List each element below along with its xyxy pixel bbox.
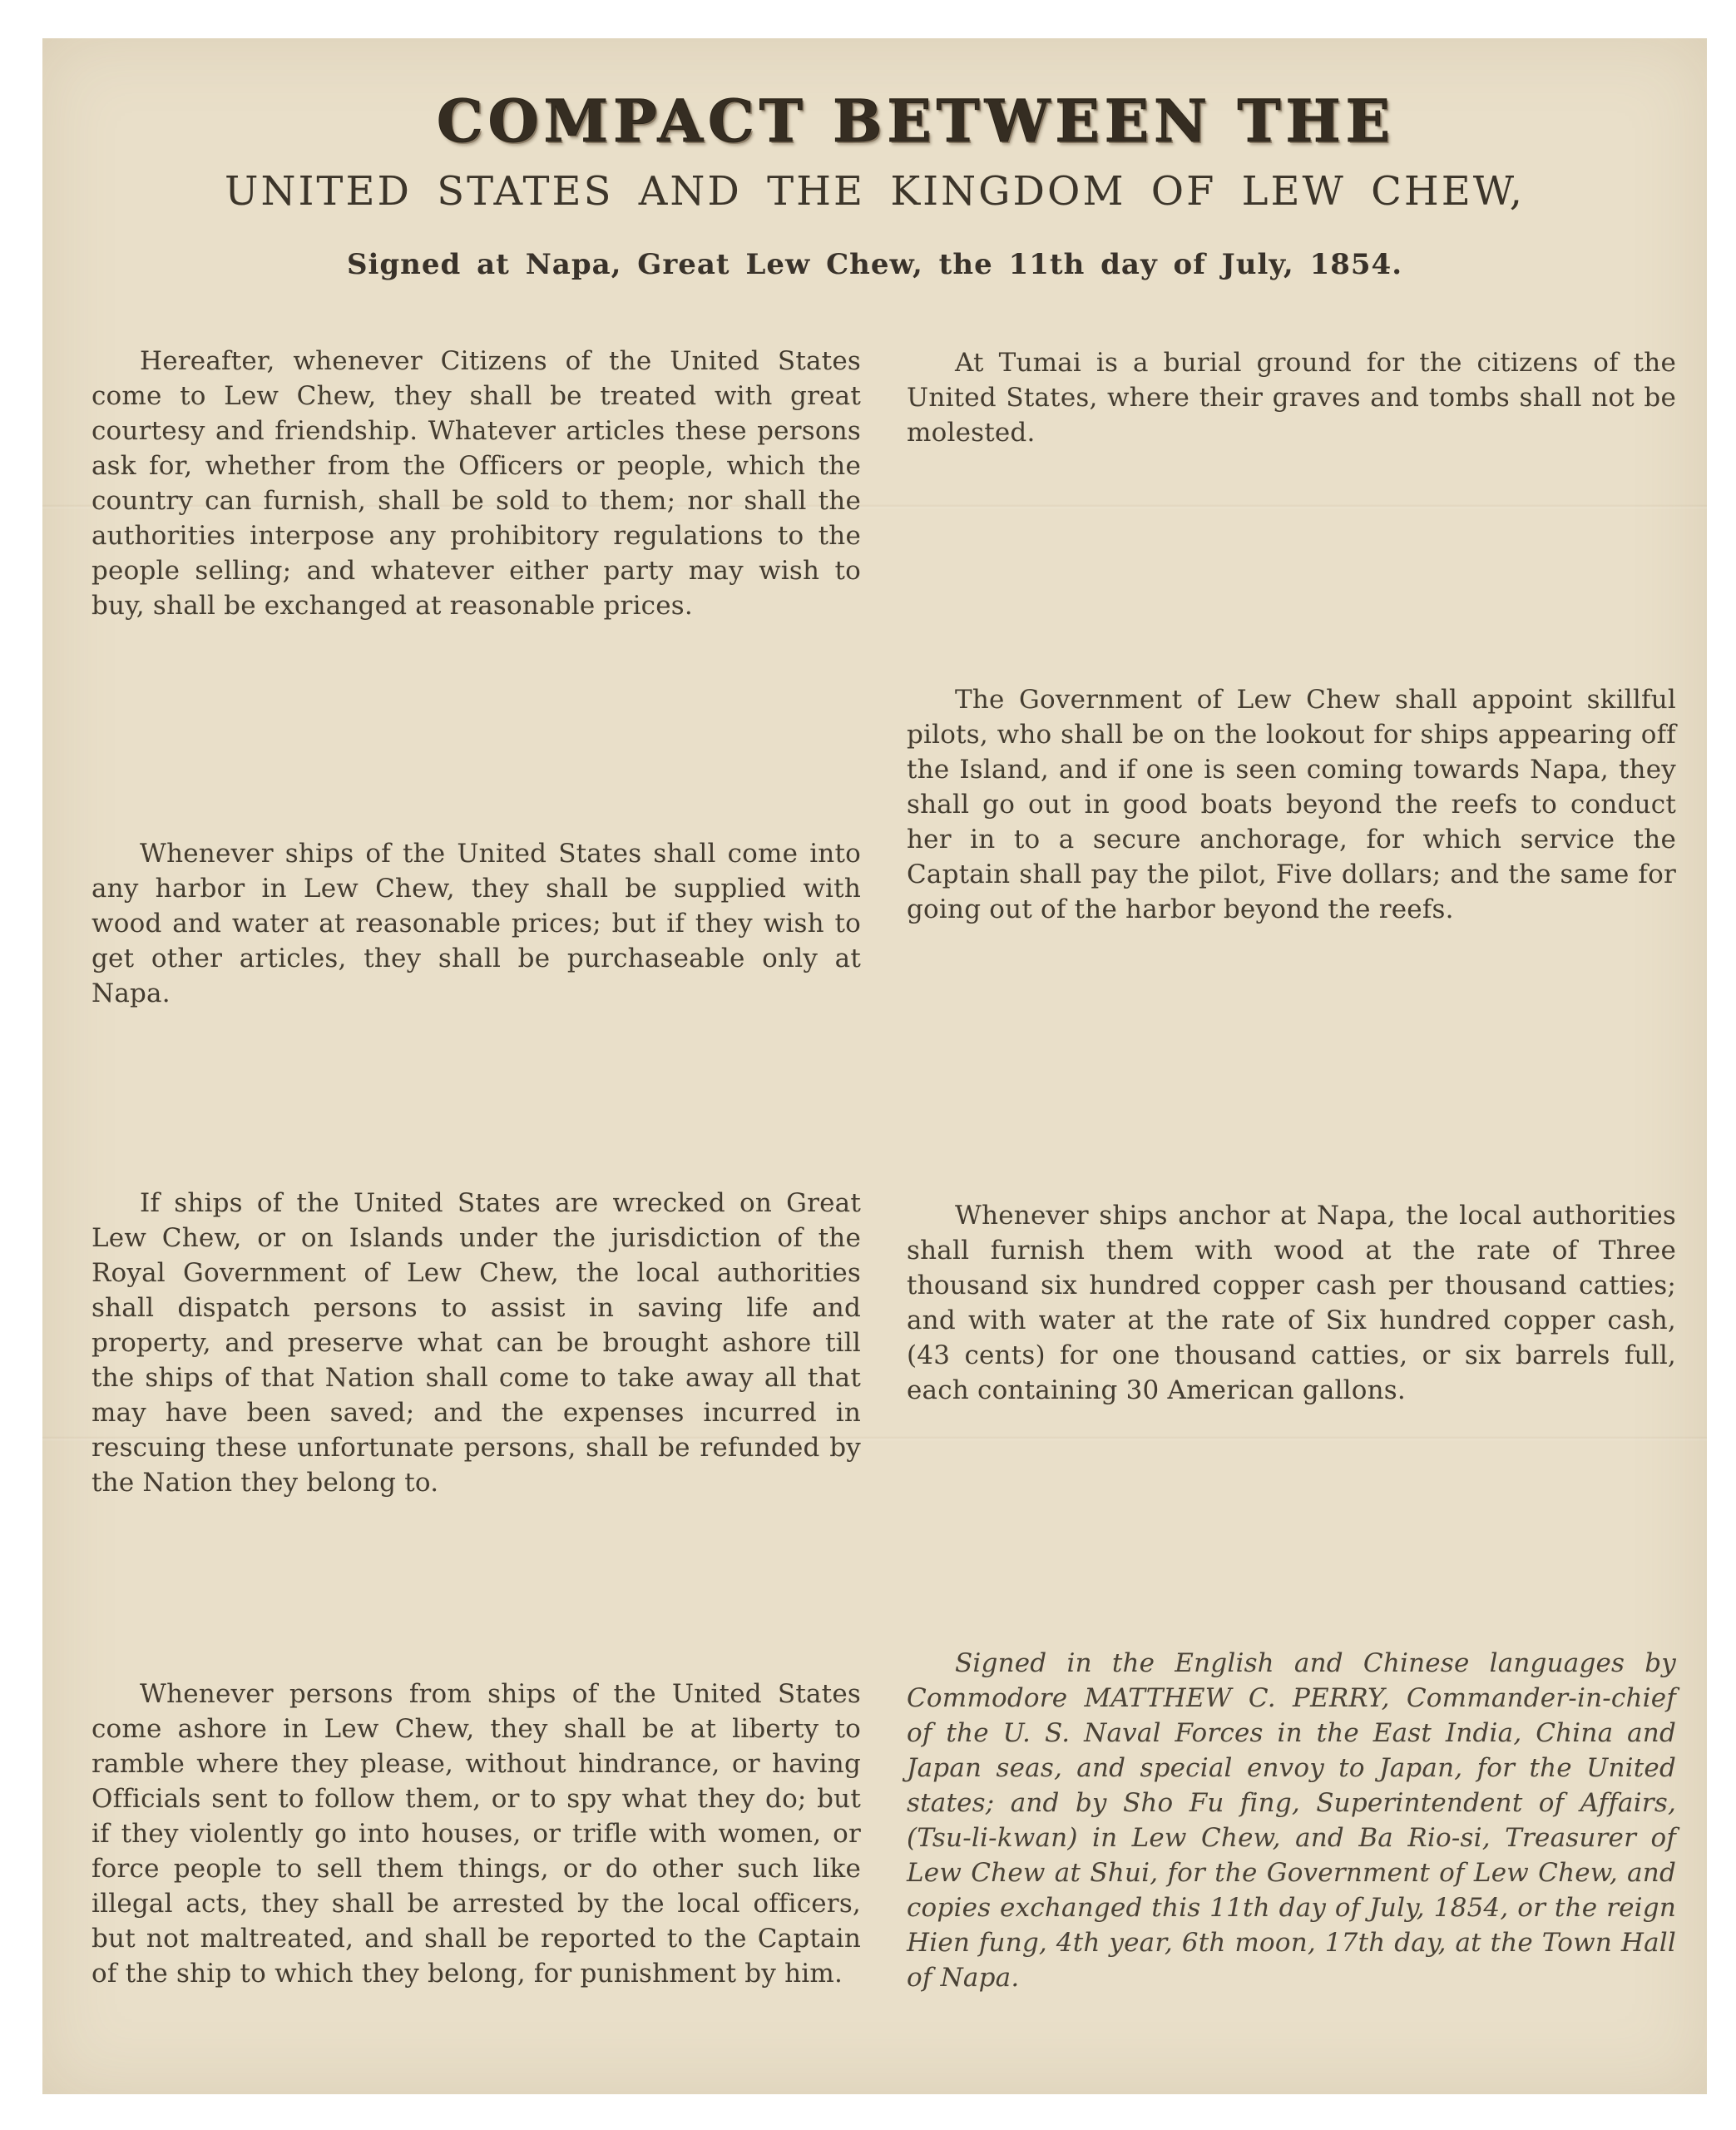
paragraph-pilots-clause: The Government of Lew Chew shall appoint… <box>907 682 1676 927</box>
paragraph-signature-clause: Signed in the English and Chinese langua… <box>907 1646 1676 1995</box>
document-dateline: Signed at Napa, Great Lew Chew, the 11th… <box>42 248 1707 281</box>
paragraph-shipwreck-clause: If ships of the United States are wrecke… <box>91 1186 861 1500</box>
document-subtitle: UNITED STATES AND THE KINGDOM OF LEW CHE… <box>42 168 1707 215</box>
paragraph-burial-ground-clause: At Tumai is a burial ground for the citi… <box>907 345 1676 450</box>
document-page: COMPACT BETWEEN THE UNITED STATES AND TH… <box>42 38 1707 2094</box>
document-title: COMPACT BETWEEN THE <box>117 87 1714 156</box>
scan-background: COMPACT BETWEEN THE UNITED STATES AND TH… <box>0 0 1736 2130</box>
paragraph-wood-water-clause: Whenever ships of the United States shal… <box>91 836 861 1011</box>
paragraph-shore-liberty-clause: Whenever persons from ships of the Unite… <box>91 1677 861 1991</box>
paragraph-wood-rates-clause: Whenever ships anchor at Napa, the local… <box>907 1198 1676 1408</box>
paragraph-courtesy-clause: Hereafter, whenever Citizens of the Unit… <box>91 344 861 623</box>
